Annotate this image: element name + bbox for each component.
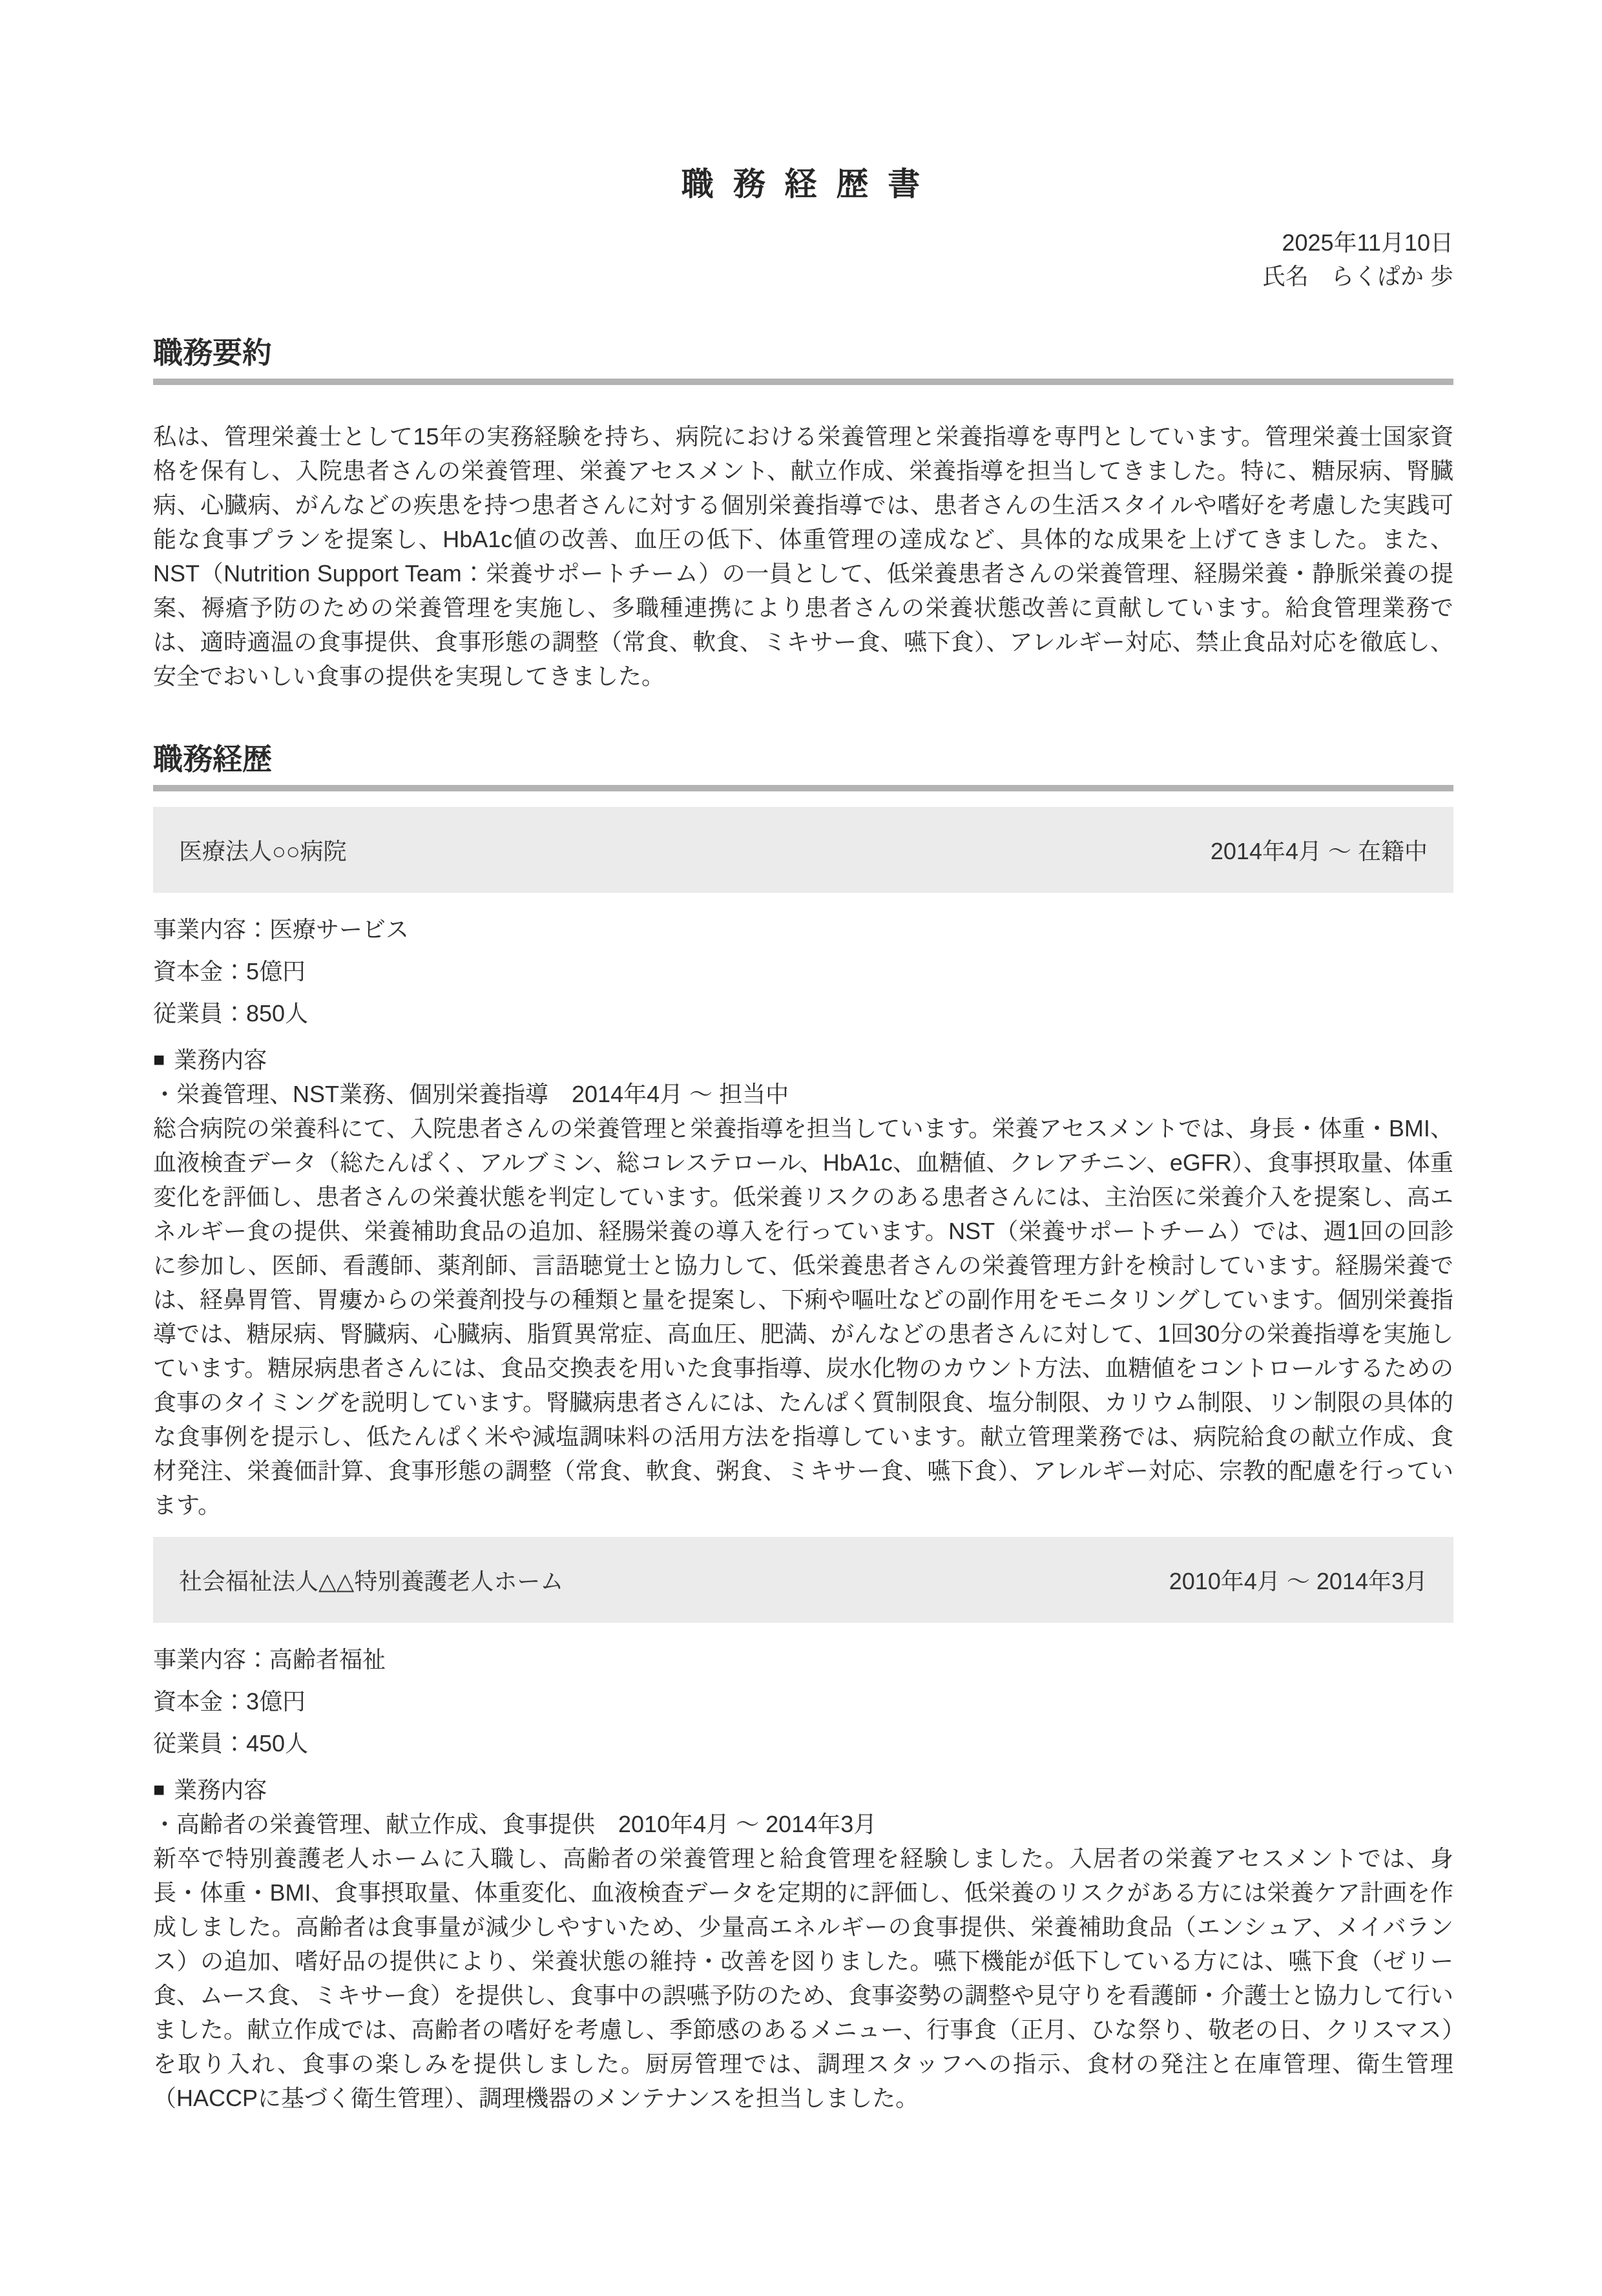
history-entry-2: 社会福祉法人△△特別養護老人ホーム 2010年4月 〜 2014年3月 事業内容…	[153, 1537, 1453, 2115]
employment-period: 2014年4月 〜 在籍中	[1211, 833, 1428, 866]
entry-description: 新卒で特別養護老人ホームに入職し、高齢者の栄養管理と給食管理を経験しました。入居…	[153, 1841, 1453, 2115]
company-header-bar: 医療法人○○病院 2014年4月 〜 在籍中	[153, 807, 1453, 893]
resume-page: 職 務 経 歴 書 2025年11月10日 氏名らくぱか 歩 職務要約 私は、管…	[0, 0, 1602, 2296]
square-bullet-icon: ■	[153, 1780, 165, 1800]
business-line: 事業内容：医療サービス	[153, 912, 1453, 946]
company-header-bar: 社会福祉法人△△特別養護老人ホーム 2010年4月 〜 2014年3月	[153, 1537, 1453, 1623]
employees-line: 従業員：850人	[153, 996, 1453, 1030]
duties-heading-label: 業務内容	[174, 1043, 267, 1077]
company-name: 医療法人○○病院	[179, 833, 347, 866]
capital-line: 資本金：5億円	[153, 954, 1453, 988]
name-label: 氏名	[1262, 263, 1309, 289]
document-meta: 2025年11月10日 氏名らくぱか 歩	[153, 226, 1453, 293]
business-line: 事業内容：高齢者福祉	[153, 1642, 1453, 1676]
applicant-name-line: 氏名らくぱか 歩	[153, 260, 1453, 293]
document-title: 職 務 経 歴 書	[153, 165, 1453, 204]
summary-paragraph: 私は、管理栄養士として15年の実務経験を持ち、病院における栄養管理と栄養指導を専…	[153, 419, 1453, 693]
duty-summary-line: ・栄養管理、NST業務、個別栄養指導 2014年4月 〜 担当中	[153, 1077, 1453, 1111]
employees-line: 従業員：450人	[153, 1726, 1453, 1760]
duties-heading: ■ 業務内容	[153, 1773, 1453, 1807]
company-detail-block: 事業内容：高齢者福祉 資本金：3億円 従業員：450人	[153, 1642, 1453, 1760]
capital-line: 資本金：3億円	[153, 1684, 1453, 1718]
section-heading-summary: 職務要約	[153, 335, 1453, 385]
company-detail-block: 事業内容：医療サービス 資本金：5億円 従業員：850人	[153, 912, 1453, 1030]
section-heading-history: 職務経歴	[153, 741, 1453, 791]
employment-period: 2010年4月 〜 2014年3月	[1169, 1563, 1428, 1596]
square-bullet-icon: ■	[153, 1050, 165, 1070]
entry-description: 総合病院の栄養科にて、入院患者さんの栄養管理と栄養指導を担当しています。栄養アセ…	[153, 1111, 1453, 1522]
company-name: 社会福祉法人△△特別養護老人ホーム	[179, 1563, 563, 1596]
duties-heading: ■ 業務内容	[153, 1043, 1453, 1077]
duties-heading-label: 業務内容	[174, 1773, 267, 1807]
document-date: 2025年11月10日	[153, 226, 1453, 260]
duty-summary-line: ・高齢者の栄養管理、献立作成、食事提供 2010年4月 〜 2014年3月	[153, 1807, 1453, 1841]
history-entry-1: 医療法人○○病院 2014年4月 〜 在籍中 事業内容：医療サービス 資本金：5…	[153, 807, 1453, 1522]
applicant-name: らくぱか 歩	[1331, 263, 1453, 289]
